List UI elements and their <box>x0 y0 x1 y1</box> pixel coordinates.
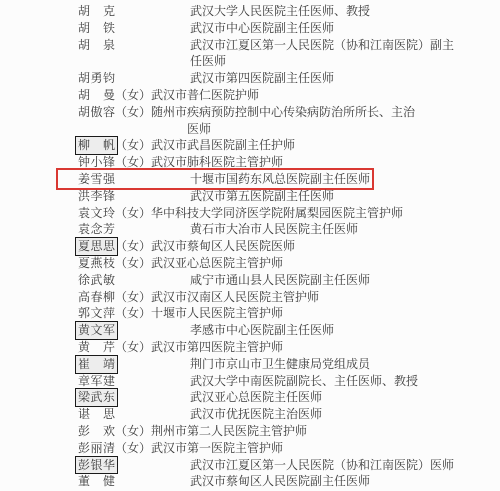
person-title: 武汉市江夏区第一人民医院（协和江南医院）医师 <box>190 458 454 472</box>
list-row: 高春柳 （女）武汉市汉南区人民医院主管护师 <box>0 289 500 306</box>
person-affiliation: （女）武汉市普仁医院护师 <box>115 87 427 104</box>
gender-label: （女） <box>115 105 151 119</box>
person-title: 武汉市肺科医院主管护师 <box>151 155 283 169</box>
gender-label: （女） <box>115 306 151 320</box>
gender-label: （女） <box>115 256 151 270</box>
list-row: 钟小锋 （女）武汉市肺科医院主管护师 <box>0 154 500 171</box>
gender-label: （女） <box>115 441 151 455</box>
person-name: 彭 欢 <box>78 423 115 440</box>
list-row: 姜雪强 十堰市国药东风总医院副主任医师 <box>0 171 500 188</box>
person-name: 胡勇钧 <box>78 70 115 87</box>
person-name: 胡 铁 <box>78 20 115 37</box>
person-affiliation: 武汉市江夏区第一人民医院（协和江南医院）副主任医师 <box>190 37 462 71</box>
person-affiliation: （女）武汉市武昌医院副主任护师 <box>115 137 427 154</box>
person-name: 袁念芳 <box>78 221 115 238</box>
list-row: 胡 曼 （女）武汉市普仁医院护师 <box>0 87 500 104</box>
person-affiliation: （女）武汉亚心总医院主管护师 <box>115 255 427 272</box>
gender-label: （女） <box>115 206 151 220</box>
list-row: 黄文军 孝感市中心医院副主任医师 <box>0 322 500 339</box>
list-row: 胡勇钧 武汉市第四医院副主任医师 <box>0 70 500 87</box>
person-name: 胡 泉 <box>78 37 115 54</box>
person-title: 武汉市第四医院副主任医师 <box>190 71 334 85</box>
person-affiliation: （女）武汉市第四医院主管护师 <box>115 339 427 356</box>
person-title: 荆州市第二人民医院主管护师 <box>151 424 307 438</box>
person-affiliation: 咸宁市通山县人民医院副主任医师 <box>190 272 462 289</box>
person-title: 荆门市京山市卫生健康局党组成员 <box>190 357 370 371</box>
person-affiliation: 黄石市大冶市人民医院主任医师 <box>190 221 462 238</box>
person-name: 彭银华 <box>75 456 118 475</box>
person-name: 彭丽清 <box>78 440 115 457</box>
person-name: 姜雪强 <box>78 171 115 188</box>
list-row: 谌 思 武汉市优抚医院主治医师 <box>0 406 500 423</box>
list-row: 胡 克 武汉大学人民医院主任医师、教授 <box>0 3 500 20</box>
list-row: 彭 欢 （女）荆州市第二人民医院主管护师 <box>0 423 500 440</box>
award-list: 胡 克 武汉大学人民医院主任医师、教授 胡 铁 武汉市中心医院副主任医师 胡 泉… <box>0 3 500 490</box>
person-affiliation: 武汉市优抚医院主治医师 <box>190 406 462 423</box>
person-name: 崔 靖 <box>75 355 118 374</box>
person-title: 华中科技大学同济医学院附属梨园医院主管护师 <box>151 206 403 220</box>
person-name: 袁文玲 <box>78 205 115 222</box>
list-row: 夏思思 （女）武汉市蔡甸区人民医院医师 <box>0 238 500 255</box>
person-affiliation: （女）武汉市第一医院主管护师 <box>115 440 427 457</box>
person-name: 黄 芹 <box>78 339 115 356</box>
list-row: 袁文玲 （女）华中科技大学同济医学院附属梨园医院主管护师 <box>0 205 500 222</box>
list-row: 郭文萍 （女）十堰市人民医院主管护师 <box>0 305 500 322</box>
person-title: 咸宁市通山县人民医院副主任医师 <box>190 273 370 287</box>
person-name: 章军建 <box>78 373 115 390</box>
person-affiliation: （女）荆州市第二人民医院主管护师 <box>115 423 427 440</box>
person-name: 高春柳 <box>78 289 115 306</box>
gender-label: （女） <box>115 155 151 169</box>
list-row: 袁念芳 黄石市大冶市人民医院主任医师 <box>0 221 500 238</box>
person-name: 胡傲容 <box>78 104 115 121</box>
list-row: 彭银华 武汉市江夏区第一人民医院（协和江南医院）医师 <box>0 457 500 474</box>
gender-label: （女） <box>115 340 151 354</box>
person-affiliation: 孝感市中心医院副主任医师 <box>190 322 462 339</box>
person-name: 胡 曼 <box>78 87 115 104</box>
person-name: 郭文萍 <box>78 305 115 322</box>
person-name: 黄文军 <box>75 321 118 340</box>
gender-label: （女） <box>115 138 151 152</box>
list-row: 黄 芹 （女）武汉市第四医院主管护师 <box>0 339 500 356</box>
person-name: 夏思思 <box>75 237 118 256</box>
list-row: 章军建 武汉大学中南医院副院长、主任医师、教授 <box>0 373 500 390</box>
person-title: 十堰市人民医院主管护师 <box>151 306 283 320</box>
person-affiliation: 武汉市中心医院副主任医师 <box>190 20 462 37</box>
person-title: 武汉市第一医院主管护师 <box>151 441 283 455</box>
person-affiliation: 武汉市蔡甸区人民医院副主任医师 <box>190 473 462 490</box>
list-row: 夏燕枝 （女）武汉亚心总医院主管护师 <box>0 255 500 272</box>
person-affiliation: （女）十堰市人民医院主管护师 <box>115 305 427 322</box>
person-title: 武汉亚心总医院主管护师 <box>151 256 283 270</box>
person-title: 武汉大学人民医院主任医师、教授 <box>190 4 370 18</box>
person-name: 洪李锋 <box>78 188 115 205</box>
person-affiliation: （女）武汉市汉南区人民医院主管护师 <box>115 289 427 306</box>
list-row: 梁武东 武汉亚心总医院主任医师 <box>0 389 500 406</box>
person-affiliation: 武汉市第五医院副主任医师 <box>190 188 462 205</box>
list-row: 彭丽清 （女）武汉市第一医院主管护师 <box>0 440 500 457</box>
person-name: 谌 思 <box>78 406 115 423</box>
person-title: 武汉市蔡甸区人民医院副主任医师 <box>190 474 370 488</box>
list-row: 徐武敏 咸宁市通山县人民医院副主任医师 <box>0 272 500 289</box>
person-title: 武汉市优抚医院主治医师 <box>190 407 322 421</box>
person-title: 随州市疾病预防控制中心传染病防治所所长、主治医师 <box>151 105 415 136</box>
person-affiliation: 武汉市第四医院副主任医师 <box>190 70 462 87</box>
gender-label: （女） <box>115 290 151 304</box>
gender-label: （女） <box>115 239 151 253</box>
person-affiliation: （女）华中科技大学同济医学院附属梨园医院主管护师 <box>115 205 427 222</box>
list-row: 洪李锋 武汉市第五医院副主任医师 <box>0 188 500 205</box>
person-title: 武汉市中心医院副主任医师 <box>190 21 334 35</box>
person-name: 胡 克 <box>78 3 115 20</box>
list-row: 胡傲容 （女）随州市疾病预防控制中心传染病防治所所长、主治医师 <box>0 104 500 138</box>
gender-label: （女） <box>115 88 151 102</box>
person-title: 武汉市普仁医院护师 <box>151 88 259 102</box>
person-title: 武汉市第五医院副主任医师 <box>190 189 334 203</box>
person-affiliation: 武汉大学人民医院主任医师、教授 <box>190 3 462 20</box>
person-name: 董 健 <box>78 473 115 490</box>
person-title: 十堰市国药东风总医院副主任医师 <box>190 172 370 186</box>
person-affiliation: 武汉亚心总医院主任医师 <box>190 389 462 406</box>
person-title: 武汉亚心总医院主任医师 <box>190 390 322 404</box>
list-row: 崔 靖 荆门市京山市卫生健康局党组成员 <box>0 356 500 373</box>
person-name: 夏燕枝 <box>78 255 115 272</box>
person-affiliation: 荆门市京山市卫生健康局党组成员 <box>190 356 462 373</box>
person-name: 徐武敏 <box>78 272 115 289</box>
person-title: 武汉市第四医院主管护师 <box>151 340 283 354</box>
document-page: 胡 克 武汉大学人民医院主任医师、教授 胡 铁 武汉市中心医院副主任医师 胡 泉… <box>0 0 500 491</box>
list-row: 董 健 武汉市蔡甸区人民医院副主任医师 <box>0 473 500 490</box>
person-title: 武汉大学中南医院副院长、主任医师、教授 <box>190 374 418 388</box>
person-name: 钟小锋 <box>78 154 115 171</box>
person-title: 武汉市武昌医院副主任护师 <box>151 138 295 152</box>
person-name: 柳 帆 <box>75 136 118 155</box>
person-affiliation: （女）武汉市蔡甸区人民医院医师 <box>115 238 427 255</box>
list-row: 柳 帆 （女）武汉市武昌医院副主任护师 <box>0 137 500 154</box>
list-row: 胡 泉 武汉市江夏区第一人民医院（协和江南医院）副主任医师 <box>0 37 500 71</box>
person-name: 梁武东 <box>75 388 118 407</box>
gender-label: （女） <box>115 424 151 438</box>
list-row: 胡 铁 武汉市中心医院副主任医师 <box>0 20 500 37</box>
person-affiliation: 十堰市国药东风总医院副主任医师 <box>190 171 462 188</box>
person-title: 武汉市汉南区人民医院主管护师 <box>151 290 319 304</box>
person-title: 黄石市大冶市人民医院主任医师 <box>190 222 358 236</box>
person-affiliation: 武汉市江夏区第一人民医院（协和江南医院）医师 <box>190 457 462 474</box>
person-affiliation: （女）武汉市肺科医院主管护师 <box>115 154 427 171</box>
person-title: 孝感市中心医院副主任医师 <box>190 323 334 337</box>
person-affiliation: 武汉大学中南医院副院长、主任医师、教授 <box>190 373 462 390</box>
person-affiliation: （女）随州市疾病预防控制中心传染病防治所所长、主治医师 <box>115 104 427 138</box>
person-title: 武汉市蔡甸区人民医院医师 <box>151 239 295 253</box>
person-title: 武汉市江夏区第一人民医院（协和江南医院）副主任医师 <box>190 38 454 69</box>
